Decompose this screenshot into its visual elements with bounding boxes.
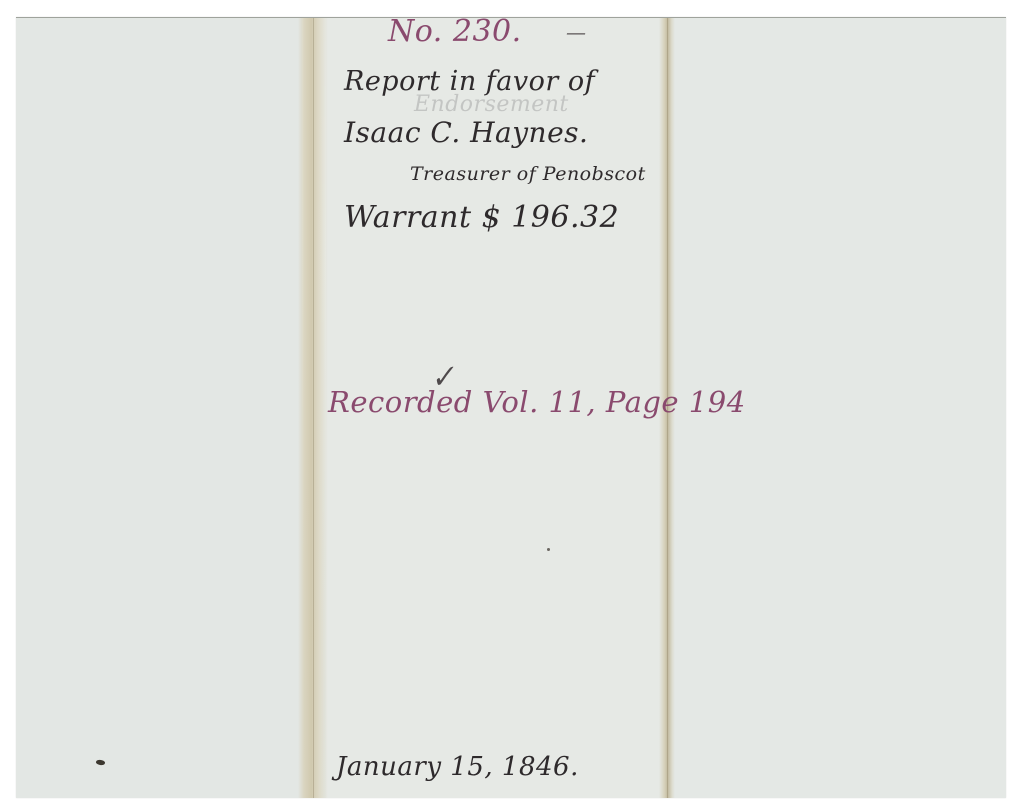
docket-number-dash: — — [566, 20, 587, 44]
report-heading: Report in favor of — [344, 66, 595, 97]
left-crease-line — [313, 18, 314, 798]
warrant-amount: Warrant $ 196.32 — [344, 200, 619, 235]
recorded-reference: Recorded Vol. 11, Page 194 — [328, 385, 746, 419]
petitioner-name: Isaac C. Haynes. — [344, 116, 588, 149]
ink-dot-mark — [547, 548, 550, 551]
docket-date: January 15, 1846. — [336, 752, 579, 782]
left-fold-panel — [16, 18, 302, 798]
document-scan: No. 230. — Endorsement Report in favor o… — [0, 0, 1024, 810]
petitioner-title: Treasurer of Penobscot — [410, 163, 646, 185]
docket-number: No. 230. — [388, 14, 522, 49]
